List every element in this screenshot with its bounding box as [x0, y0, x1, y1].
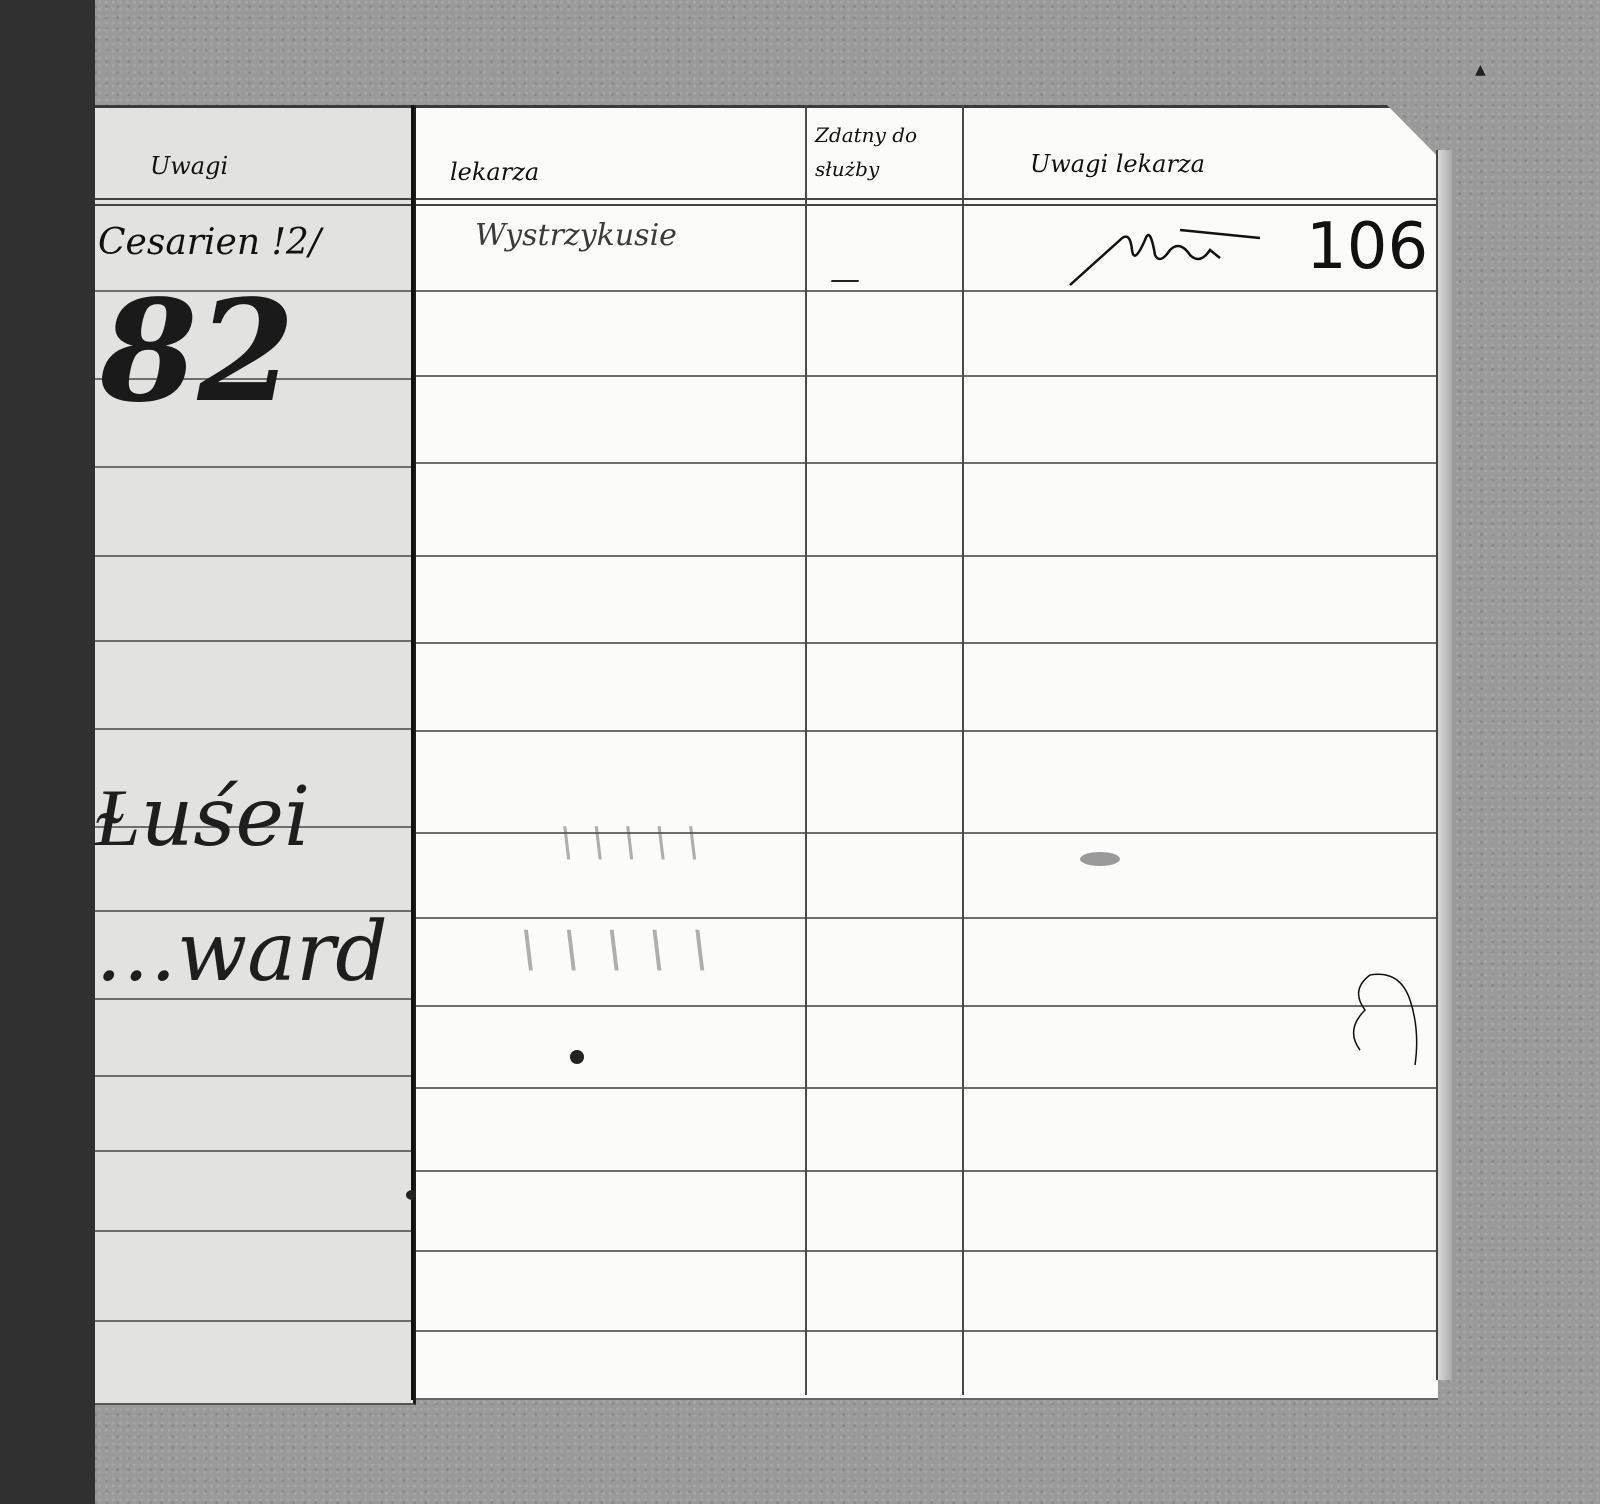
scanner-dark-edge — [0, 0, 95, 1504]
left-entry-word-2: …ward — [95, 905, 388, 1000]
spine-line — [411, 105, 414, 1400]
left-entry-number: 82 — [100, 270, 295, 434]
header-rule — [416, 198, 1436, 200]
page-curled-edge — [1436, 150, 1452, 1380]
column-divider — [962, 105, 964, 1395]
stain — [1080, 852, 1120, 866]
row-1-zdatny: — — [830, 262, 860, 297]
bleed-through-marks: \\\\\ — [520, 920, 734, 978]
header-rule — [95, 198, 413, 200]
header-rule — [416, 204, 1436, 206]
right-page — [416, 105, 1438, 1400]
row-1-lekarza: Wystrzykusie — [475, 218, 677, 253]
ink-spot — [570, 1050, 584, 1064]
page-number: 106 — [1306, 210, 1428, 284]
column-header-zdatny: Zdatny do służby — [815, 118, 955, 186]
column-header-lekarza: lekarza — [450, 158, 539, 186]
header-rule — [95, 204, 413, 206]
left-entry-1: Cesarien !2/ — [98, 222, 321, 263]
column-divider — [805, 105, 807, 1395]
bleed-through-marks: \\\\\ — [560, 820, 717, 866]
signature — [1060, 210, 1300, 290]
hair-mark — [1340, 970, 1450, 1080]
left-entry-word-1: Ɫuśei — [95, 770, 310, 865]
column-header-uwagi-lekarza: Uwagi lekarza — [1030, 150, 1205, 178]
corner-mark: ▲ — [1475, 62, 1486, 78]
left-column-header: Uwagi — [150, 152, 228, 180]
